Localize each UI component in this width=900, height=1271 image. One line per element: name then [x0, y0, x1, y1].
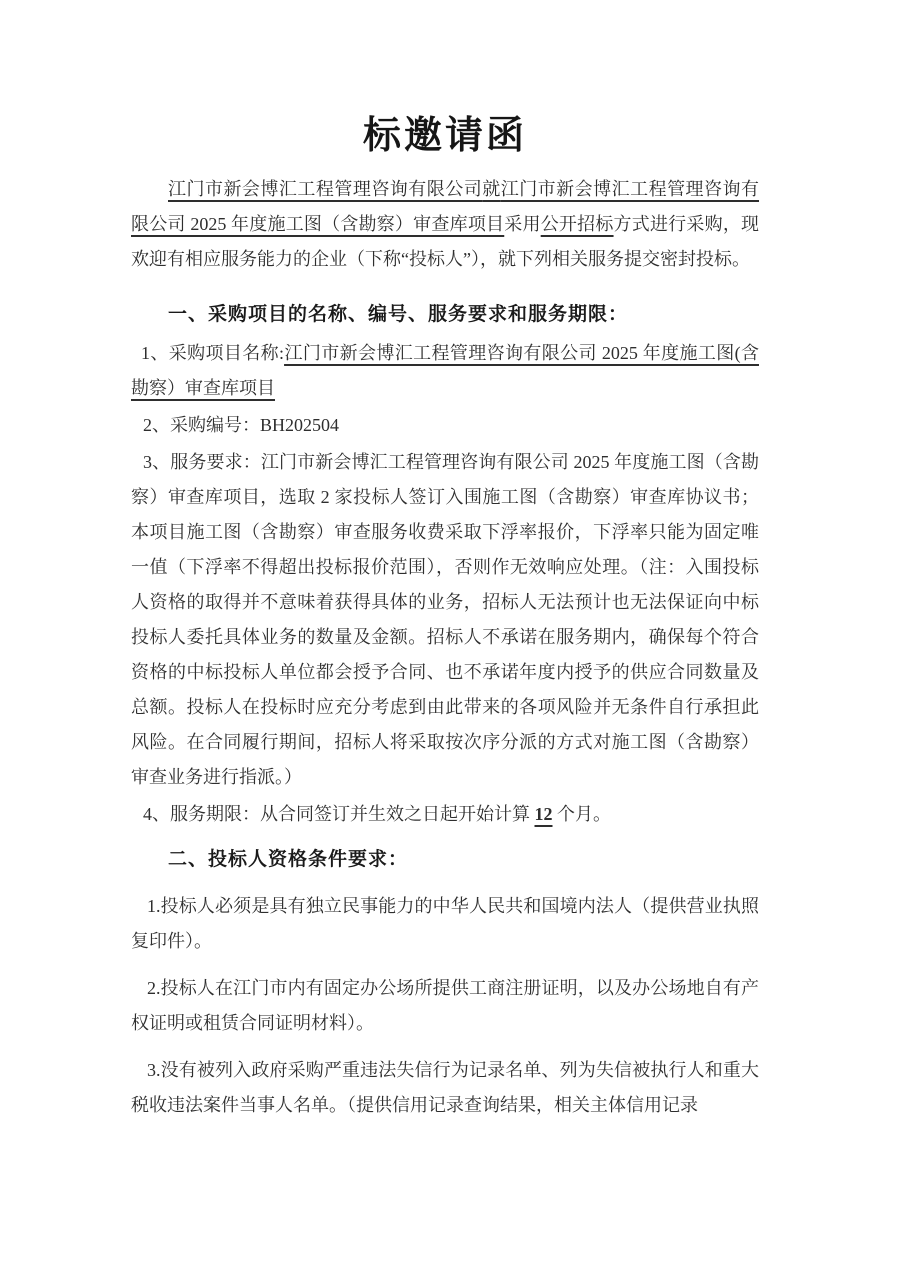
service-period-months: 12 — [535, 804, 553, 824]
document-content: 标邀请函 江门市新会博汇工程管理咨询有限公司就江门市新会博汇工程管理咨询有限公司… — [131, 112, 759, 1123]
project-name-label: 1、采购项目名称: — [141, 343, 284, 363]
section-1-item-3-service-requirements: 3、服务要求：江门市新会博汇工程管理咨询有限公司 2025 年度施工图（含勘察）… — [131, 445, 759, 795]
intro-paragraph: 江门市新会博汇工程管理咨询有限公司就江门市新会博汇工程管理咨询有限公司 2025… — [131, 172, 759, 277]
section-2-item-2-office-location: 2.投标人在江门市内有固定办公场所提供工商注册证明，以及办公场地自有产权证明或租… — [131, 971, 759, 1041]
service-period-suffix: 个月。 — [553, 804, 612, 824]
document-page: 标邀请函 江门市新会博汇工程管理咨询有限公司就江门市新会博汇工程管理咨询有限公司… — [0, 0, 900, 1271]
service-period-prefix: 4、服务期限：从合同签订并生效之日起开始计算 — [143, 804, 535, 824]
section-1-item-2-procurement-number: 2、采购编号：BH202504 — [131, 408, 759, 443]
section-1-item-1: 1、采购项目名称:江门市新会博汇工程管理咨询有限公司 2025 年度施工图(含勘… — [131, 336, 759, 406]
document-title: 标邀请函 — [131, 112, 759, 160]
intro-connector: 就 — [482, 179, 500, 199]
purchaser-name: 江门市新会博汇工程管理咨询有限公司 — [168, 179, 482, 199]
procurement-method: 公开招标 — [541, 214, 614, 234]
section-1-item-4-service-period: 4、服务期限：从合同签订并生效之日起开始计算 12 个月。 — [131, 797, 759, 832]
intro-caiyong: 采用 — [504, 214, 540, 234]
section-2-heading: 二、投标人资格条件要求： — [131, 842, 759, 877]
section-2-item-1-legal-entity: 1.投标人必须是具有独立民事能力的中华人民共和国境内法人（提供营业执照复印件）。 — [131, 889, 759, 959]
section-1-heading: 一、采购项目的名称、编号、服务要求和服务期限： — [131, 297, 759, 332]
section-2-item-3-credit-record: 3.没有被列入政府采购严重违法失信行为记录名单、列为失信被执行人和重大税收违法案… — [131, 1053, 759, 1123]
